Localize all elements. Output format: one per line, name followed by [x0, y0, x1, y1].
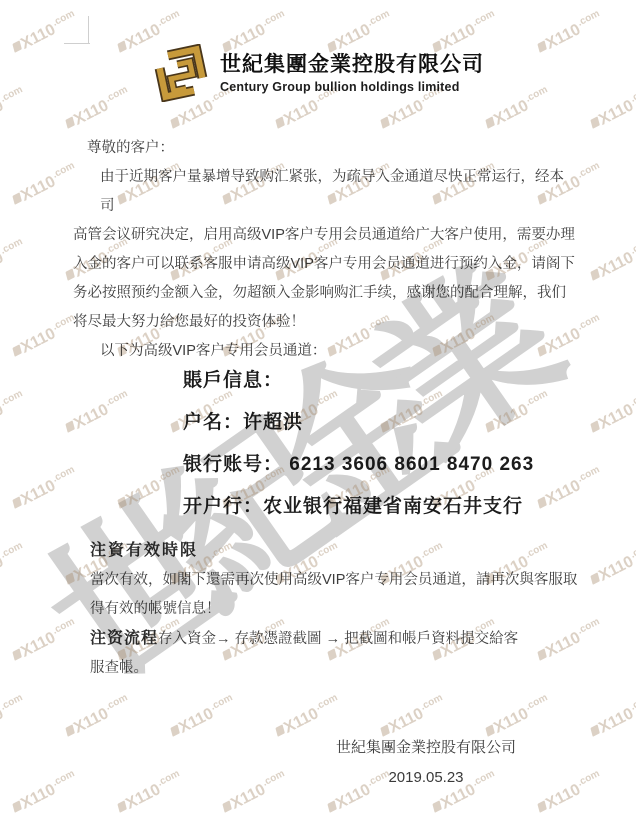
- notes-section: 注資有效時限 當次有效，如閣下還需再次使用高级VIP客户专用会员通道，請再次與客…: [90, 536, 590, 683]
- table-corner-mark-vertical: [88, 16, 89, 44]
- account-number: 银行账号： 6213 3606 8601 8470 263: [183, 444, 534, 486]
- signature-date: 2019.05.23: [326, 763, 526, 793]
- account-holder: 户名：许超洪: [183, 402, 534, 444]
- company-header: 世紀集團金業控股有限公司 Century Group bullion holdi…: [0, 44, 636, 102]
- letter-line: 将尽最大努力给您最好的投资体验！: [73, 308, 578, 337]
- letter-line: 入金的客户可以联系客服申请高级VIP客户专用会员通道进行预约入金，请阁下: [73, 250, 578, 279]
- century-group-spiral-logo-icon: [152, 44, 210, 102]
- validity-title: 注資有效時限: [90, 536, 590, 566]
- document-content: 世紀集團金業控股有限公司 Century Group bullion holdi…: [0, 0, 636, 830]
- account-bank: 开户行：农业银行福建省南安石井支行: [183, 486, 534, 528]
- document-page: 世紀集團金業控股有限公司 Century Group bullion holdi…: [0, 0, 636, 830]
- letter-line: 由于近期客户量暴增导致购汇紧张，为疏导入金通道尽快正常运行，经本司: [73, 163, 578, 221]
- letter-line: 务必按照预约金额入金，勿超额入金影响购汇手续，感谢您的配合理解，我们: [73, 279, 578, 308]
- process-line: 注资流程存入資金→ 存款憑證截圖 → 把截圖和帳戶資料提交給客: [90, 624, 590, 654]
- process-label: 注资流程: [90, 630, 158, 647]
- account-info-block: 賬戶信息： 户名：许超洪 银行账号： 6213 3606 8601 8470 2…: [183, 360, 534, 528]
- account-title: 賬戶信息：: [183, 360, 534, 402]
- salutation: 尊敬的客户：: [73, 134, 578, 163]
- company-name-zh: 世紀集團金業控股有限公司: [220, 52, 484, 77]
- letter-body: 尊敬的客户： 由于近期客户量暴增导致购汇紧张，为疏导入金通道尽快正常运行，经本司…: [73, 134, 578, 366]
- signature-block: 世紀集團金業控股有限公司 2019.05.23: [326, 733, 526, 793]
- process-line-2: 服查帳。: [90, 654, 590, 683]
- validity-line: 當次有效，如閣下還需再次使用高级VIP客户专用会员通道，請再次與客服取: [90, 566, 590, 595]
- company-name-block: 世紀集團金業控股有限公司 Century Group bullion holdi…: [220, 52, 484, 93]
- company-name-en: Century Group bullion holdings limited: [220, 80, 484, 94]
- signature-company: 世紀集團金業控股有限公司: [326, 733, 526, 763]
- letter-line: 高管会议研究决定，启用高级VIP客户专用会员通道给广大客户使用，需要办理: [73, 221, 578, 250]
- process-text: 存入資金→ 存款憑證截圖 → 把截圖和帳戶資料提交給客: [158, 631, 518, 647]
- validity-line: 得有效的帳號信息！: [90, 595, 590, 624]
